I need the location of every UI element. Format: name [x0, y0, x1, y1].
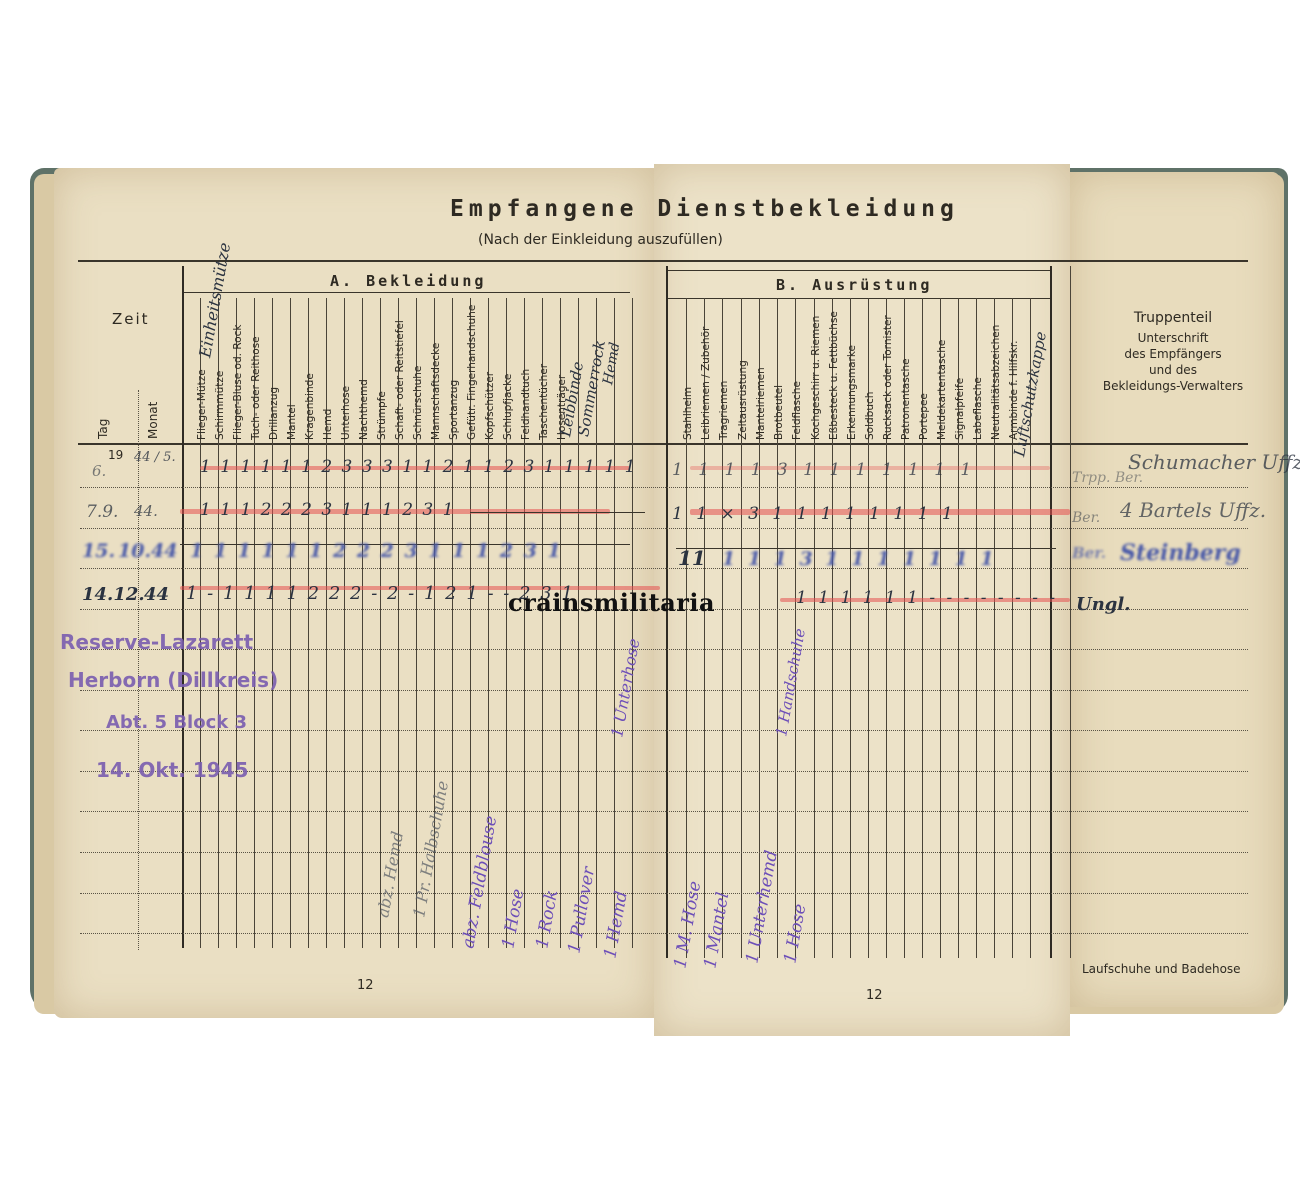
truppenteil-line1: Unterschrift: [1068, 330, 1278, 346]
page-number-left: 12: [357, 978, 374, 993]
table-top-rule: [78, 260, 1248, 262]
page-title: Empfangene Dienstbekleidung: [450, 196, 959, 222]
page-subtitle: (Nach der Einkleidung auszufüllen): [478, 232, 723, 248]
section-b-top-rule: [668, 270, 1050, 271]
tag-label: Tag: [96, 419, 110, 439]
section-b-rule: [668, 298, 1050, 299]
ink-rule-row-2: [470, 512, 645, 513]
monat-label: Monat: [146, 402, 160, 439]
section-b-right-border: [1050, 266, 1052, 958]
truppenteil-title: Truppenteil: [1068, 310, 1278, 326]
section-a-title: A. Bekleidung: [330, 272, 486, 290]
section-b-title: B. Ausrüstung: [776, 276, 932, 294]
stamp-line1: Reserve-Lazarett: [60, 630, 253, 654]
truppenteil-line3: und des: [1068, 362, 1278, 378]
page-number-right: 12: [866, 988, 883, 1003]
section-a-rule: [182, 292, 630, 293]
stamp-line2: Herborn (Dillkreis): [68, 668, 278, 692]
fold-out-flap: [1070, 172, 1280, 1007]
stamp-date: 14. Okt. 1945: [96, 758, 248, 782]
zeit-divider: [182, 266, 184, 948]
flap-footnote: Laufschuhe und Badehose: [1082, 962, 1241, 976]
stamp-line3: Abt. 5 Block 3: [106, 712, 247, 733]
zeit-label: Zeit: [112, 310, 150, 328]
year-prefix: 19: [108, 448, 123, 462]
watermark: crainsmilitaria: [508, 588, 715, 617]
truppenteil-line4: Bekleidungs-Verwalters: [1068, 378, 1278, 394]
truppenteil-line2: des Empfängers: [1068, 346, 1278, 362]
truppenteil-header: Truppenteil Unterschrift des Empfängers …: [1068, 310, 1278, 394]
